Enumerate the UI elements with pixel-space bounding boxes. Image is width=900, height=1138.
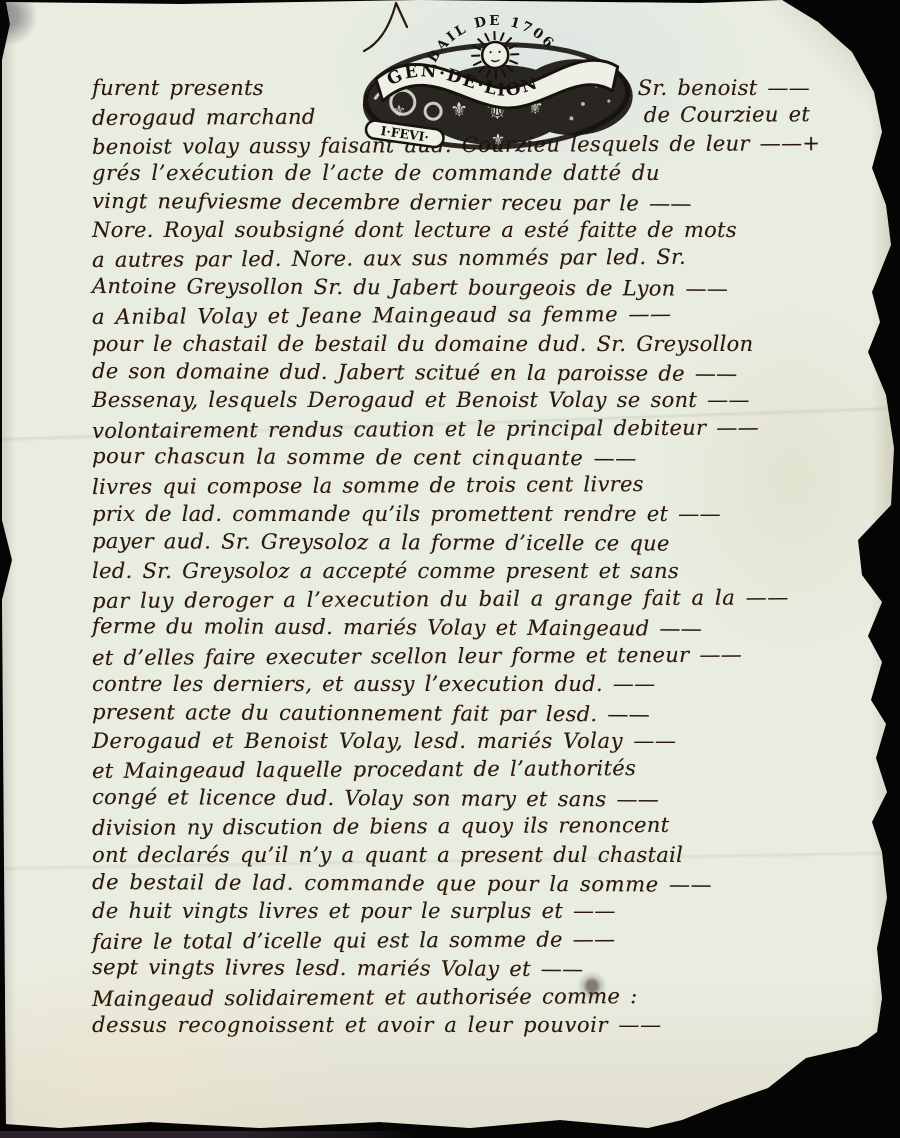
- manuscript-line: pour le chastail de bestail du domaine d…: [92, 330, 814, 358]
- underlying-sheet-edge: [0, 1131, 420, 1138]
- pen-checkmark-icon: [352, 0, 412, 58]
- manuscript-line: congé et licence dud. Volay son mary et …: [92, 783, 814, 815]
- manuscript-line-left: furent presents: [92, 74, 264, 102]
- manuscript-line-right: de Courzieu et: [644, 101, 810, 130]
- manuscript-line-left: derogaud marchand: [92, 103, 316, 133]
- manuscript-line: ferme du molin ausd. mariés Volay et Mai…: [92, 612, 814, 644]
- manuscript-line: et d’elles faire executer scellon leur f…: [92, 640, 814, 672]
- manuscript-line: contre les derniers, et aussy l’executio…: [92, 670, 814, 698]
- manuscript-line: dessus recognoissent et avoir a leur pou…: [92, 1011, 814, 1039]
- manuscript-page: ⚜ ⚜ ⚜ ⚜ ⚜ GEN·DE·LION: [0, 0, 900, 1138]
- manuscript-line: led. Sr. Greysoloz a accepté comme prese…: [92, 557, 814, 585]
- manuscript-line: de huit vingts livres et pour le surplus…: [92, 897, 814, 925]
- manuscript-line: faire le total d’icelle qui est la somme…: [92, 924, 814, 956]
- manuscript-line: de son domaine dud. Jabert scitué en la …: [92, 357, 814, 389]
- manuscript-text: furent presents Sr. benoist —— derogaud …: [92, 74, 814, 1039]
- manuscript-line: et Maingeaud laquelle procedant de l’aut…: [92, 753, 814, 785]
- svg-text:⚜: ⚜: [491, 130, 506, 149]
- manuscript-line: de bestail de lad. commande que pour la …: [92, 868, 814, 900]
- manuscript-line: a Anibal Volay et Jeane Maingeaud sa fem…: [92, 299, 814, 331]
- manuscript-line-right: Sr. benoist ——: [638, 74, 810, 102]
- manuscript-line: Antoine Greysollon Sr. du Jabert bourgeo…: [92, 272, 814, 304]
- manuscript-line: payer aud. Sr. Greysoloz a la forme d’ic…: [92, 527, 814, 559]
- manuscript-line: Maingeaud solidairement et authorisée co…: [92, 981, 814, 1013]
- manuscript-line: livres qui compose la somme de trois cen…: [92, 470, 814, 502]
- manuscript-line: Bessenay, lesquels Derogaud et Benoist V…: [92, 386, 814, 414]
- manuscript-line: division ny discution de biens a quoy il…: [92, 810, 814, 842]
- manuscript-line: par luy deroger a l’execution du bail a …: [92, 583, 814, 615]
- manuscript-line: prix de lad. commande qu’ils promettent …: [92, 500, 814, 528]
- manuscript-line: a autres par led. Nore. aux sus nommés p…: [92, 242, 814, 274]
- manuscript-line: grés l’exécution de l’acte de commande d…: [92, 159, 814, 187]
- manuscript-line: ont declarés qu’il n’y a quant a present…: [92, 841, 814, 869]
- manuscript-line: Derogaud et Benoist Volay, lesd. mariés …: [92, 727, 814, 755]
- manuscript-line: volontairement rendus caution et le prin…: [92, 413, 814, 445]
- scan-background: ⚜ ⚜ ⚜ ⚜ ⚜ GEN·DE·LION: [0, 0, 900, 1138]
- manuscript-line: sept vingts livres lesd. mariés Volay et…: [92, 953, 814, 985]
- manuscript-line: present acte du cautionnement fait par l…: [92, 698, 814, 730]
- manuscript-line: Nore. Royal soubsigné dont lecture a est…: [92, 216, 814, 244]
- manuscript-line: vingt neufviesme decembre dernier receu …: [92, 186, 814, 218]
- svg-text:⚜: ⚜: [450, 97, 469, 122]
